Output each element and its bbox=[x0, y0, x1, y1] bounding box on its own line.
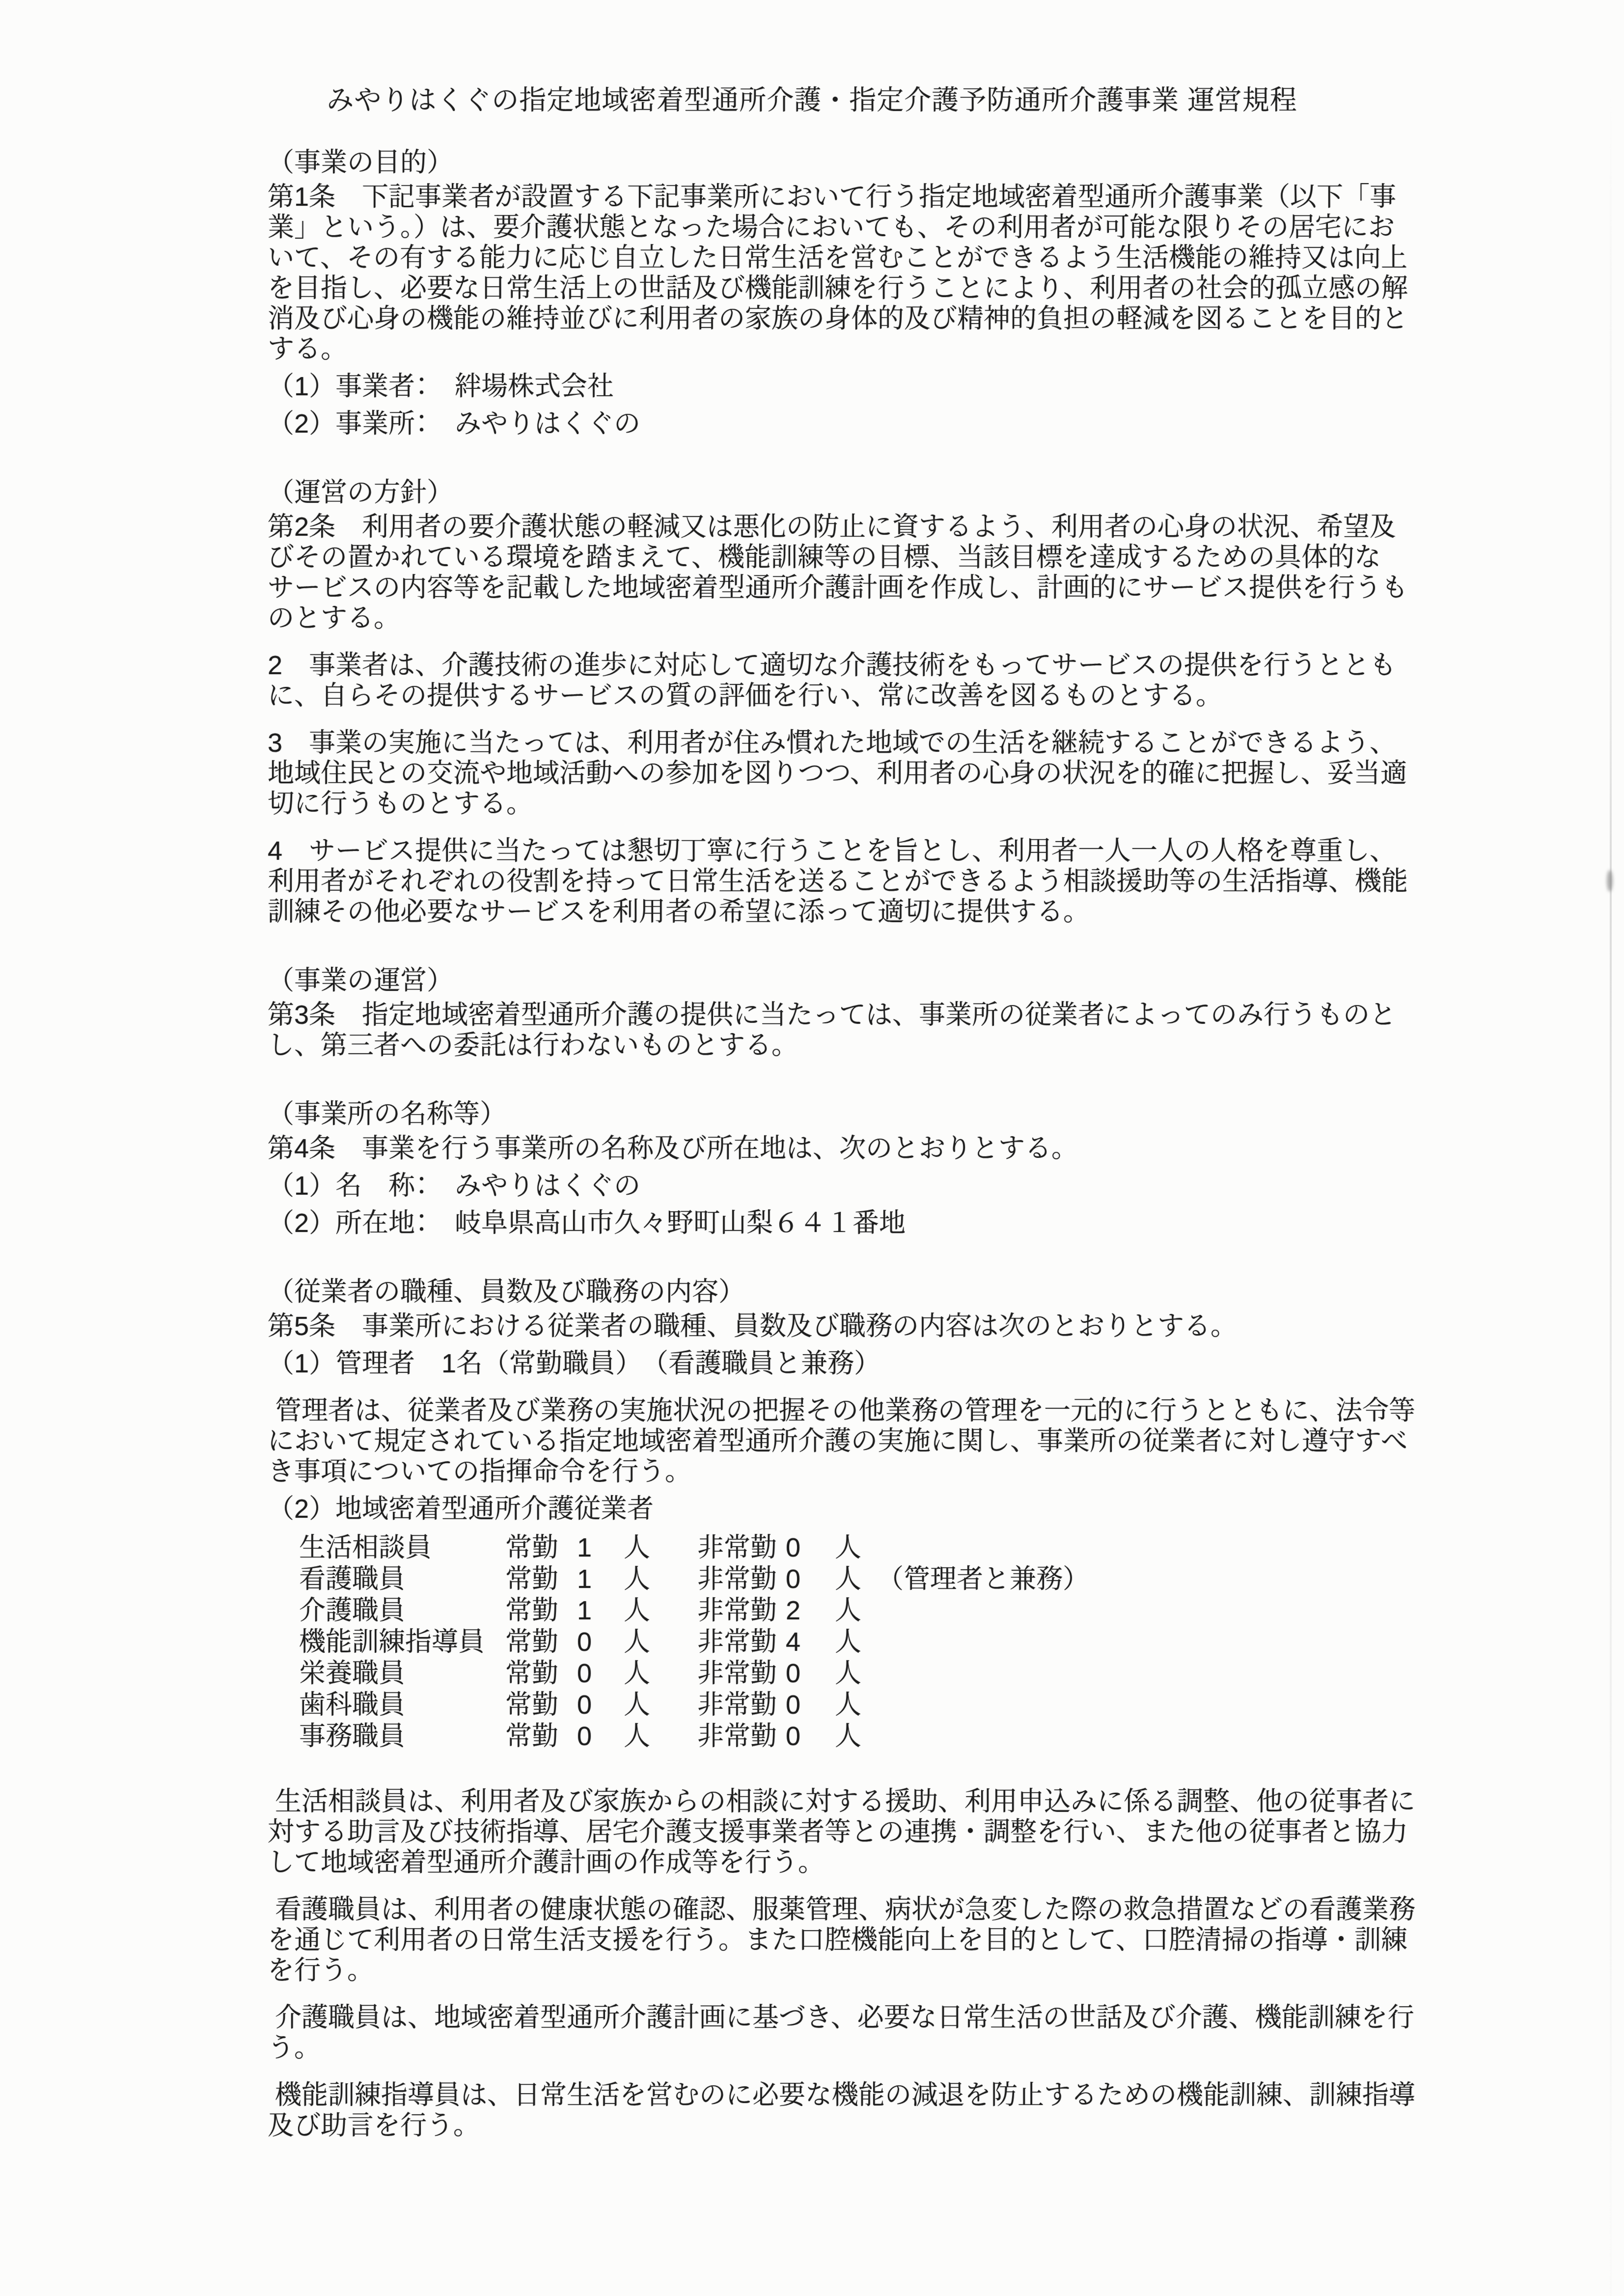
operator-item: （1）事業者： 絆場株式会社 bbox=[268, 371, 1436, 402]
fulltime-label: 常勤 bbox=[505, 1595, 577, 1626]
care-worker-duties-paragraph: 介護職員は、地域密着型通所介護計画に基づき、必要な日常生活の世話及び介護、機能訓… bbox=[268, 2002, 1436, 2063]
staff-table: 生活相談員 常勤 1 人 非常勤 0 人 看護職員 常勤 1 人 非常勤 0 人… bbox=[299, 1532, 1436, 1752]
fulltime-label: 常勤 bbox=[505, 1689, 577, 1721]
section-heading-operation: （事業の運営） bbox=[268, 965, 1436, 996]
person-unit: 人 bbox=[835, 1532, 864, 1563]
scan-artifact-blob bbox=[1607, 870, 1613, 892]
staff-role: 事務職員 bbox=[299, 1721, 505, 1752]
fulltime-label: 常勤 bbox=[505, 1721, 577, 1752]
fulltime-label: 常勤 bbox=[505, 1658, 577, 1689]
staff-table-row: 生活相談員 常勤 1 人 非常勤 0 人 bbox=[299, 1532, 1436, 1563]
article-2-clause-4: 4 サービス提供に当たっては懇切丁寧に行うことを旨とし、利用者一人一人の人格を尊… bbox=[268, 836, 1436, 927]
staff-table-row: 介護職員 常勤 1 人 非常勤 2 人 bbox=[299, 1595, 1436, 1626]
person-unit: 人 bbox=[835, 1658, 864, 1689]
staff-role: 歯科職員 bbox=[299, 1689, 505, 1721]
staff-role: 介護職員 bbox=[299, 1595, 505, 1626]
article-4-paragraph: 第4条 事業を行う事業所の名称及び所在地は、次のとおりとする。 bbox=[268, 1133, 1436, 1164]
manager-item: （1）管理者 1名（常勤職員） （看護職員と兼務） bbox=[268, 1348, 1436, 1379]
scanned-document-page: みやりはくぐの指定地域密着型通所介護・指定介護予防通所介護事業 運営規程 （事業… bbox=[0, 0, 1624, 2296]
parttime-count: 0 bbox=[786, 1563, 835, 1595]
staff-role: 生活相談員 bbox=[299, 1532, 505, 1563]
person-unit: 人 bbox=[624, 1532, 697, 1563]
section-heading-staff: （従業者の職種、員数及び職務の内容） bbox=[268, 1277, 1436, 1307]
staff-table-row: 看護職員 常勤 1 人 非常勤 0 人 （管理者と兼務） bbox=[299, 1563, 1436, 1595]
person-unit: 人 bbox=[624, 1595, 697, 1626]
parttime-label: 非常勤 bbox=[697, 1689, 786, 1721]
fulltime-count: 0 bbox=[577, 1689, 624, 1721]
office-address-item: （2）所在地： 岐阜県高山市久々野町山梨６４１番地 bbox=[268, 1208, 1436, 1238]
trainer-duties-paragraph: 機能訓練指導員は、日常生活を営むのに必要な機能の減退を防止するための機能訓練、訓… bbox=[268, 2080, 1436, 2141]
section-heading-office-name: （事業所の名称等） bbox=[268, 1099, 1436, 1129]
fulltime-count: 1 bbox=[577, 1532, 624, 1563]
parttime-count: 0 bbox=[786, 1532, 835, 1563]
person-unit: 人 bbox=[835, 1689, 864, 1721]
fulltime-count: 1 bbox=[577, 1563, 624, 1595]
fulltime-label: 常勤 bbox=[505, 1532, 577, 1563]
fulltime-count: 0 bbox=[577, 1626, 624, 1658]
staff-role: 栄養職員 bbox=[299, 1658, 505, 1689]
staff-role: 機能訓練指導員 bbox=[299, 1626, 505, 1658]
counselor-duties-paragraph: 生活相談員は、利用者及び家族からの相談に対する援助、利用申込みに係る調整、他の従… bbox=[268, 1786, 1436, 1878]
parttime-count: 0 bbox=[786, 1658, 835, 1689]
article-3-paragraph: 第3条 指定地域密着型通所介護の提供に当たっては、事業所の従業者によってのみ行う… bbox=[268, 1000, 1436, 1061]
article-5-paragraph: 第5条 事業所における従業者の職種、員数及び職務の内容は次のとおりとする。 bbox=[268, 1311, 1436, 1341]
parttime-label: 非常勤 bbox=[697, 1626, 786, 1658]
article-2-paragraph: 第2条 利用者の要介護状態の軽減又は悪化の防止に資するよう、利用者の心身の状況、… bbox=[268, 512, 1436, 633]
staff-category-item: （2）地域密着型通所介護従業者 bbox=[268, 1494, 1436, 1524]
section-heading-policy: （運営の方針） bbox=[268, 477, 1436, 508]
scan-artifact-line bbox=[1610, 0, 1612, 2296]
staff-table-row: 栄養職員 常勤 0 人 非常勤 0 人 bbox=[299, 1658, 1436, 1689]
person-unit: 人 bbox=[624, 1626, 697, 1658]
fulltime-label: 常勤 bbox=[505, 1626, 577, 1658]
fulltime-label: 常勤 bbox=[505, 1563, 577, 1595]
parttime-count: 0 bbox=[786, 1721, 835, 1752]
parttime-label: 非常勤 bbox=[697, 1563, 786, 1595]
parttime-count: 2 bbox=[786, 1595, 835, 1626]
person-unit: 人 bbox=[835, 1563, 864, 1595]
nurse-duties-paragraph: 看護職員は、利用者の健康状態の確認、服薬管理、病状が急変した際の救急措置などの看… bbox=[268, 1894, 1436, 1986]
office-item: （2）事業所： みやりはくぐの bbox=[268, 409, 1436, 439]
person-unit: 人 bbox=[624, 1658, 697, 1689]
staff-role: 看護職員 bbox=[299, 1563, 505, 1595]
staff-table-row: 機能訓練指導員 常勤 0 人 非常勤 4 人 bbox=[299, 1626, 1436, 1658]
fulltime-count: 0 bbox=[577, 1658, 624, 1689]
office-name-item: （1）名 称： みやりはくぐの bbox=[268, 1171, 1436, 1201]
article-1-paragraph: 第1条 下記事業者が設置する下記事業所において行う指定地域密着型通所介護事業（以… bbox=[268, 182, 1436, 364]
parttime-count: 0 bbox=[786, 1689, 835, 1721]
person-unit: 人 bbox=[835, 1721, 864, 1752]
parttime-label: 非常勤 bbox=[697, 1721, 786, 1752]
article-2-clause-2: 2 事業者は、介護技術の進歩に対応して適切な介護技術をもってサービスの提供を行う… bbox=[268, 650, 1436, 711]
manager-duties-paragraph: 管理者は、従業者及び業務の実施状況の把握その他業務の管理を一元的に行うとともに、… bbox=[268, 1395, 1436, 1487]
fulltime-count: 1 bbox=[577, 1595, 624, 1626]
parttime-label: 非常勤 bbox=[697, 1658, 786, 1689]
person-unit: 人 bbox=[624, 1563, 697, 1595]
staff-note: （管理者と兼務） bbox=[864, 1563, 1089, 1595]
person-unit: 人 bbox=[624, 1721, 697, 1752]
staff-table-row: 事務職員 常勤 0 人 非常勤 0 人 bbox=[299, 1721, 1436, 1752]
person-unit: 人 bbox=[835, 1626, 864, 1658]
parttime-label: 非常勤 bbox=[697, 1532, 786, 1563]
parttime-label: 非常勤 bbox=[697, 1595, 786, 1626]
section-heading-purpose: （事業の目的） bbox=[268, 147, 1436, 178]
person-unit: 人 bbox=[835, 1595, 864, 1626]
person-unit: 人 bbox=[624, 1689, 697, 1721]
parttime-count: 4 bbox=[786, 1626, 835, 1658]
document-body: （事業の目的） 第1条 下記事業者が設置する下記事業所において行う指定地域密着型… bbox=[268, 147, 1436, 2141]
article-2-clause-3: 3 事業の実施に当たっては、利用者が住み慣れた地域での生活を継続することができる… bbox=[268, 728, 1436, 819]
document-title: みやりはくぐの指定地域密着型通所介護・指定介護予防通所介護事業 運営規程 bbox=[0, 84, 1624, 115]
fulltime-count: 0 bbox=[577, 1721, 624, 1752]
staff-table-row: 歯科職員 常勤 0 人 非常勤 0 人 bbox=[299, 1689, 1436, 1721]
